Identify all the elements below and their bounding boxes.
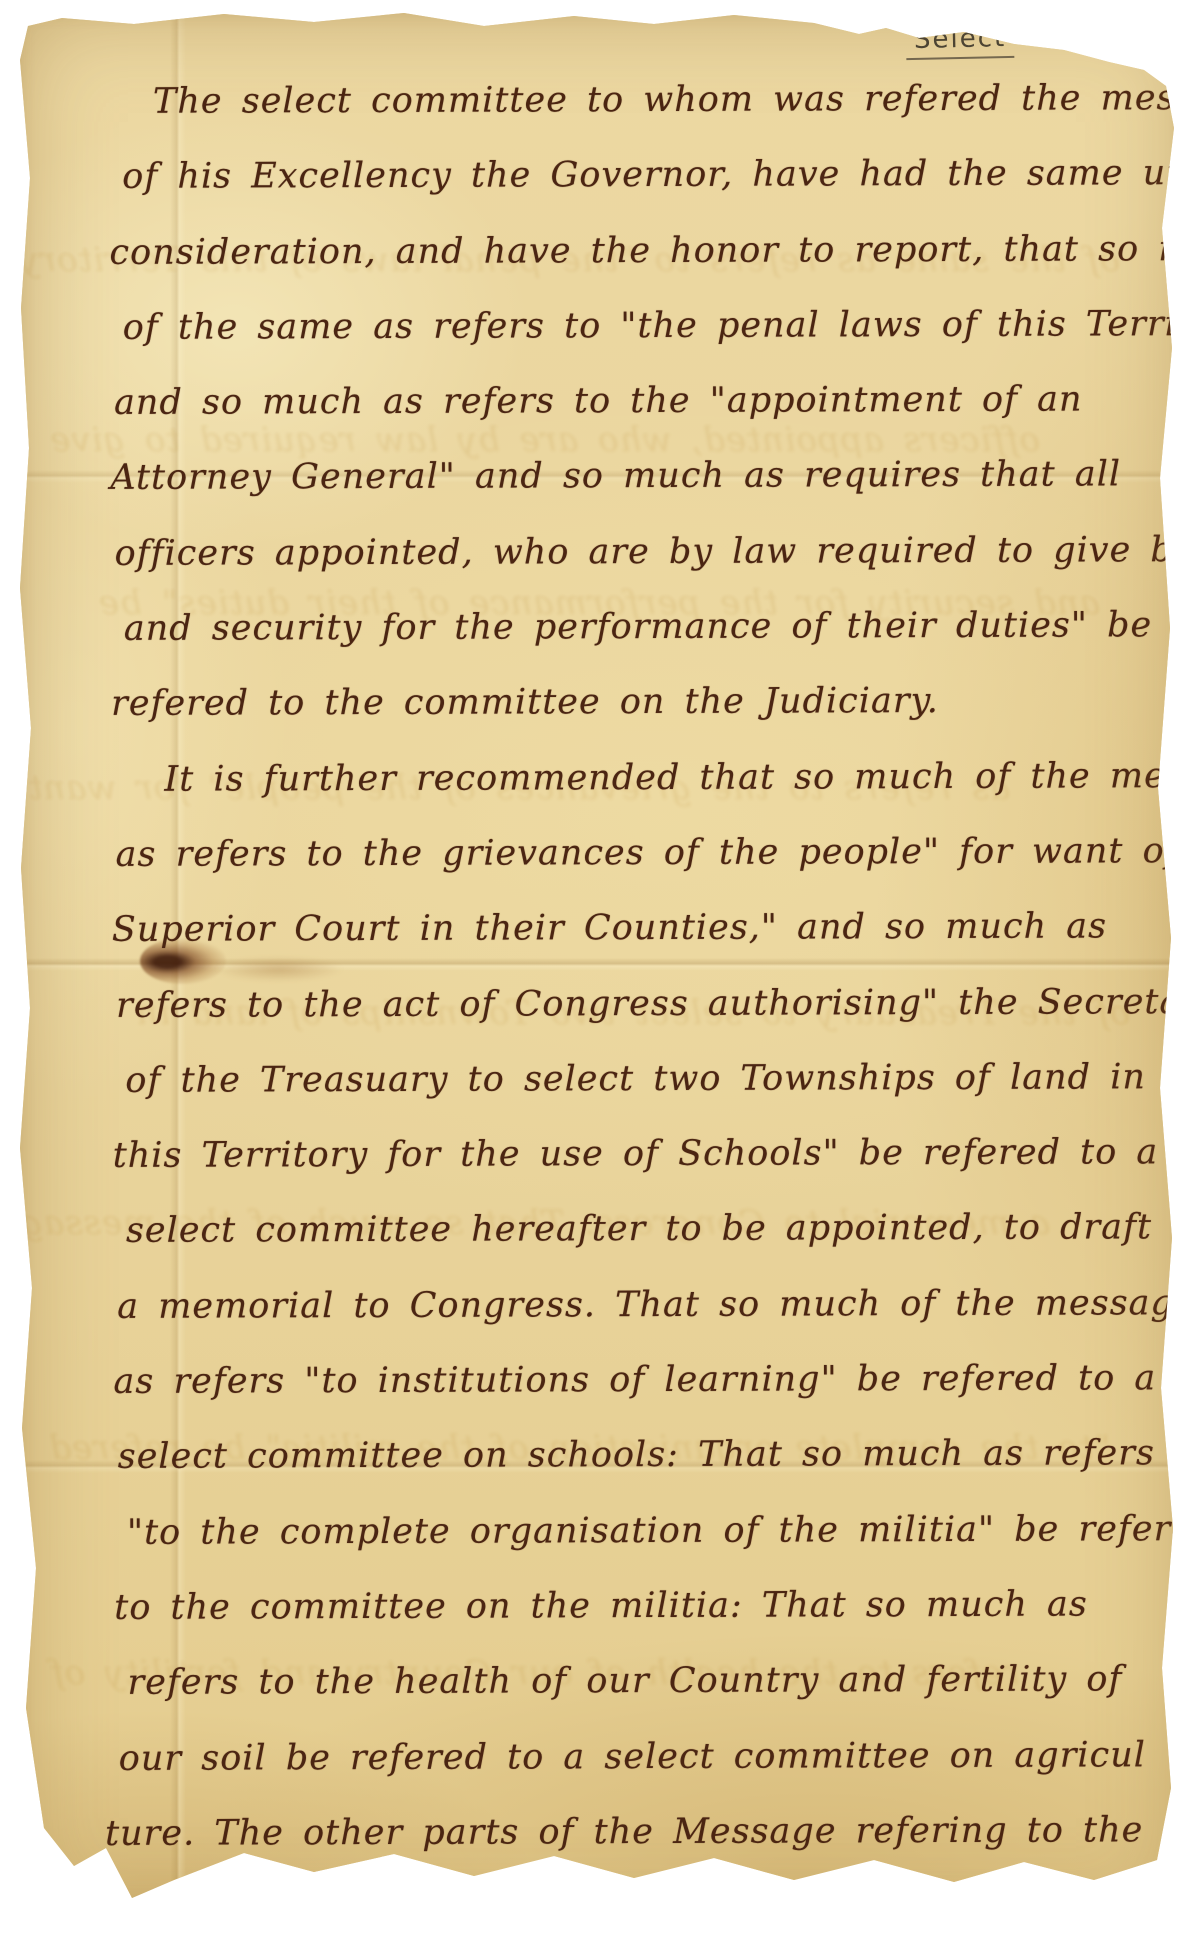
manuscript-line: Superior Court in their Counties," and s… [112,889,1190,968]
manuscript-line: as refers "to institutions of learning" … [113,1341,1190,1420]
manuscript-line: our soil be refered to a select committe… [119,1718,1190,1797]
manuscript-line: this Territory for the use of Schools" b… [113,1115,1190,1194]
manuscript-line: of the Treasuary to select two Townships… [125,1040,1190,1119]
manuscript-line: select committee hereafter to be appoint… [126,1191,1190,1270]
manuscript-line: as refers to the grievances of the peopl… [115,814,1190,893]
manuscript-line: and security for the performance of thei… [124,588,1190,667]
scan-background: of the same as refers to "the penal laws… [0,0,1200,1950]
manuscript-text: The select committee to whom was refered… [113,61,1190,1872]
manuscript-page: of the same as refers to "the penal laws… [14,8,1190,1932]
select-annotation: Select [906,23,1015,60]
manuscript-line: The select committee to whom was refered… [113,61,1190,140]
manuscript-line: Attorney General" and so much as require… [110,438,1190,517]
manuscript-line: a memorial to Congress. That so much of … [117,1266,1190,1345]
manuscript-line: and so much as refers to the "appointmen… [114,362,1190,441]
manuscript-line: "to the complete organisation of the mil… [127,1492,1190,1571]
manuscript-line: consideration, and have the honor to rep… [109,212,1190,291]
manuscript-line: of his Excellency the Governor, have had… [122,136,1190,215]
manuscript-line: of the same as refers to "the penal laws… [123,287,1190,366]
manuscript-line: refered to the committee on the Judiciar… [111,663,1190,742]
manuscript-line: officers appointed, who are by law requi… [114,513,1190,592]
manuscript-line: refers to the act of Congress authorisin… [116,965,1190,1044]
manuscript-line: to the committee on the militia: That so… [114,1567,1190,1646]
manuscript-line: select committee on schools: That so muc… [118,1416,1190,1495]
manuscript-line: It is further recommended that so much o… [124,739,1190,818]
manuscript-line: refers to the health of our Country and … [127,1642,1190,1721]
manuscript-line: ture. The other parts of the Message ref… [105,1793,1190,1872]
